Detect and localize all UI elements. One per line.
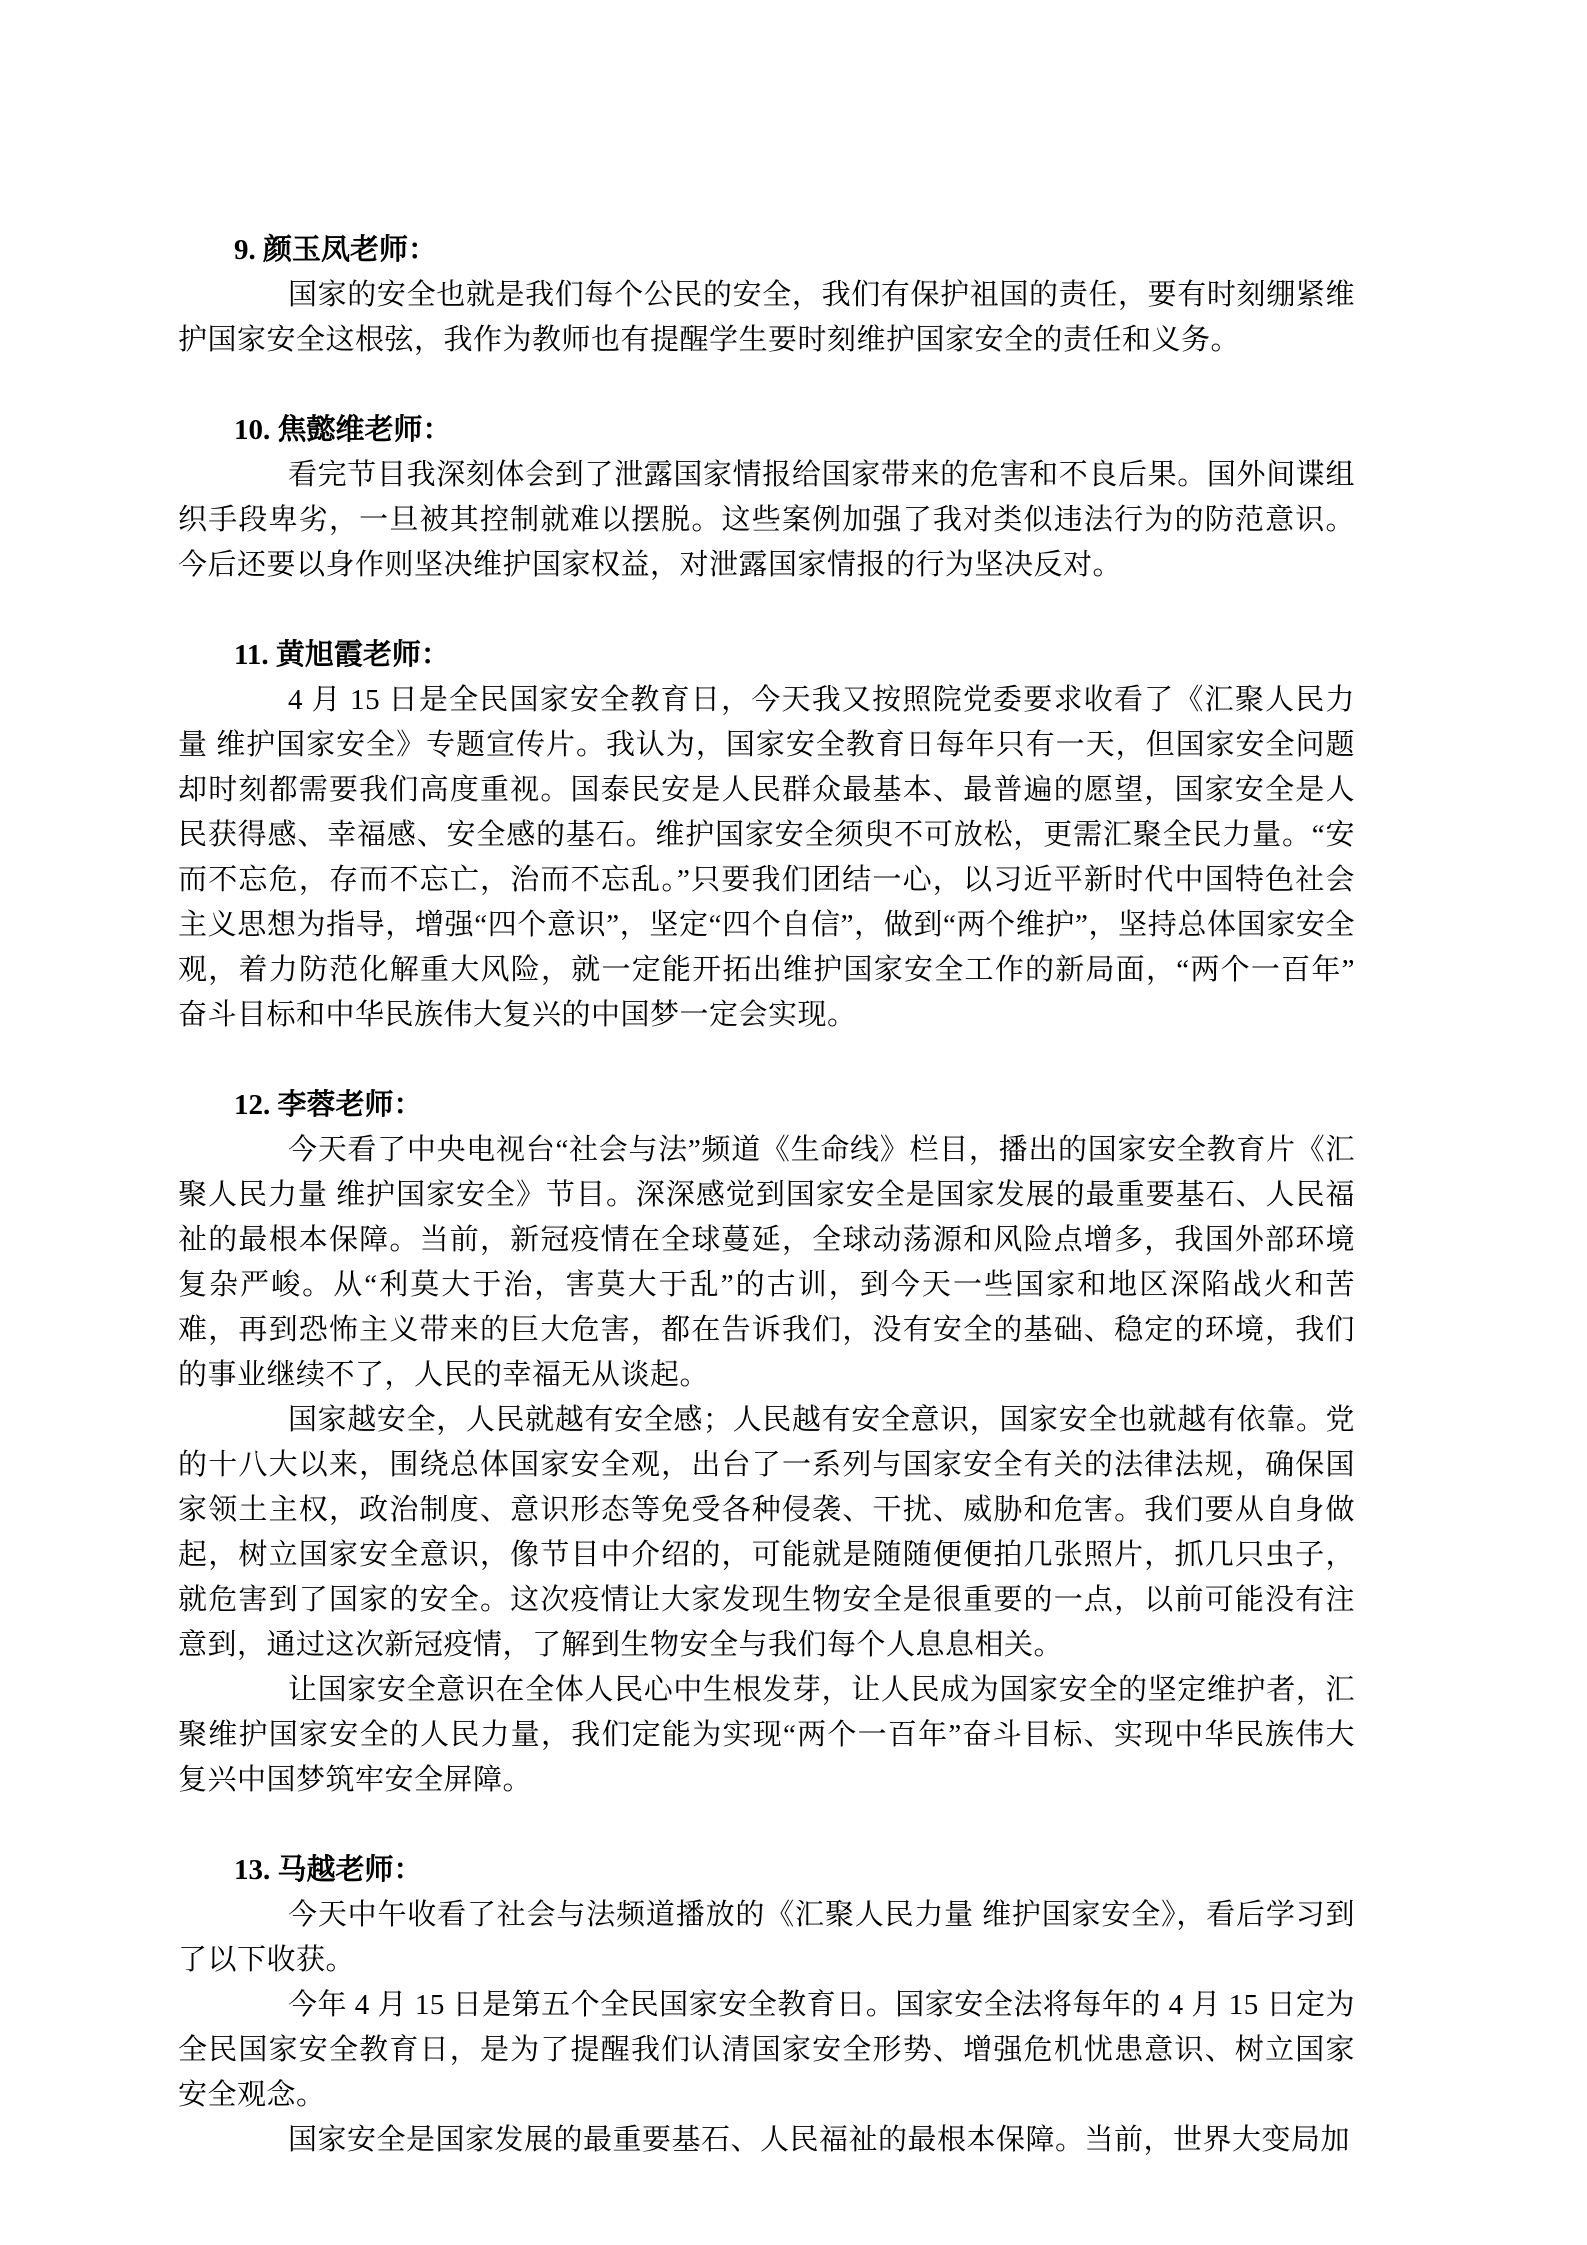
entry-12: 12. 李蓉老师： 今天看了中央电视台“社会与法”频道《生命线》栏目，播出的国家… <box>178 1083 1355 1803</box>
entry-9-heading: 9. 颜玉凤老师： <box>234 228 1355 273</box>
entry-13-paragraph-3: 国家安全是国家发展的最重要基石、人民福祉的最根本保障。当前，世界大变局加 <box>178 2118 1355 2163</box>
entry-10-paragraph: 看完节目我深刻体会到了泄露国家情报给国家带来的危害和不良后果。国外间谍组织手段卑… <box>178 453 1355 588</box>
entry-13-heading: 13. 马越老师： <box>234 1848 1355 1893</box>
entry-11-heading: 11. 黄旭霞老师： <box>234 633 1355 678</box>
entry-13: 13. 马越老师： 今天中午收看了社会与法频道播放的《汇聚人民力量 维护国家安全… <box>178 1848 1355 2163</box>
entry-13-paragraph-2: 今年 4 月 15 日是第五个全民国家安全教育日。国家安全法将每年的 4 月 1… <box>178 1983 1355 2118</box>
entry-12-paragraph-2: 国家越安全，人民就越有安全感；人民越有安全意识，国家安全也就越有依靠。党的十八大… <box>178 1398 1355 1668</box>
entry-9-paragraph: 国家的安全也就是我们每个公民的安全，我们有保护祖国的责任，要有时刻绷紧维护国家安… <box>178 273 1355 363</box>
document-content: 9. 颜玉凤老师： 国家的安全也就是我们每个公民的安全，我们有保护祖国的责任，要… <box>178 228 1355 2163</box>
entry-12-heading: 12. 李蓉老师： <box>234 1083 1355 1128</box>
entry-12-paragraph-3: 让国家安全意识在全体人民心中生根发芽，让人民成为国家安全的坚定维护者，汇聚维护国… <box>178 1668 1355 1803</box>
entry-10-heading: 10. 焦懿维老师： <box>234 408 1355 453</box>
entry-11-paragraph: 4 月 15 日是全民国家安全教育日，今天我又按照院党委要求收看了《汇聚人民力量… <box>178 678 1355 1038</box>
entry-9: 9. 颜玉凤老师： 国家的安全也就是我们每个公民的安全，我们有保护祖国的责任，要… <box>178 228 1355 363</box>
entry-13-paragraph-1: 今天中午收看了社会与法频道播放的《汇聚人民力量 维护国家安全》，看后学习到了以下… <box>178 1893 1355 1983</box>
entry-10: 10. 焦懿维老师： 看完节目我深刻体会到了泄露国家情报给国家带来的危害和不良后… <box>178 408 1355 588</box>
document-page: 9. 颜玉凤老师： 国家的安全也就是我们每个公民的安全，我们有保护祖国的责任，要… <box>0 0 1587 2245</box>
entry-11: 11. 黄旭霞老师： 4 月 15 日是全民国家安全教育日，今天我又按照院党委要… <box>178 633 1355 1038</box>
entry-12-paragraph-1: 今天看了中央电视台“社会与法”频道《生命线》栏目，播出的国家安全教育片《汇聚人民… <box>178 1128 1355 1398</box>
